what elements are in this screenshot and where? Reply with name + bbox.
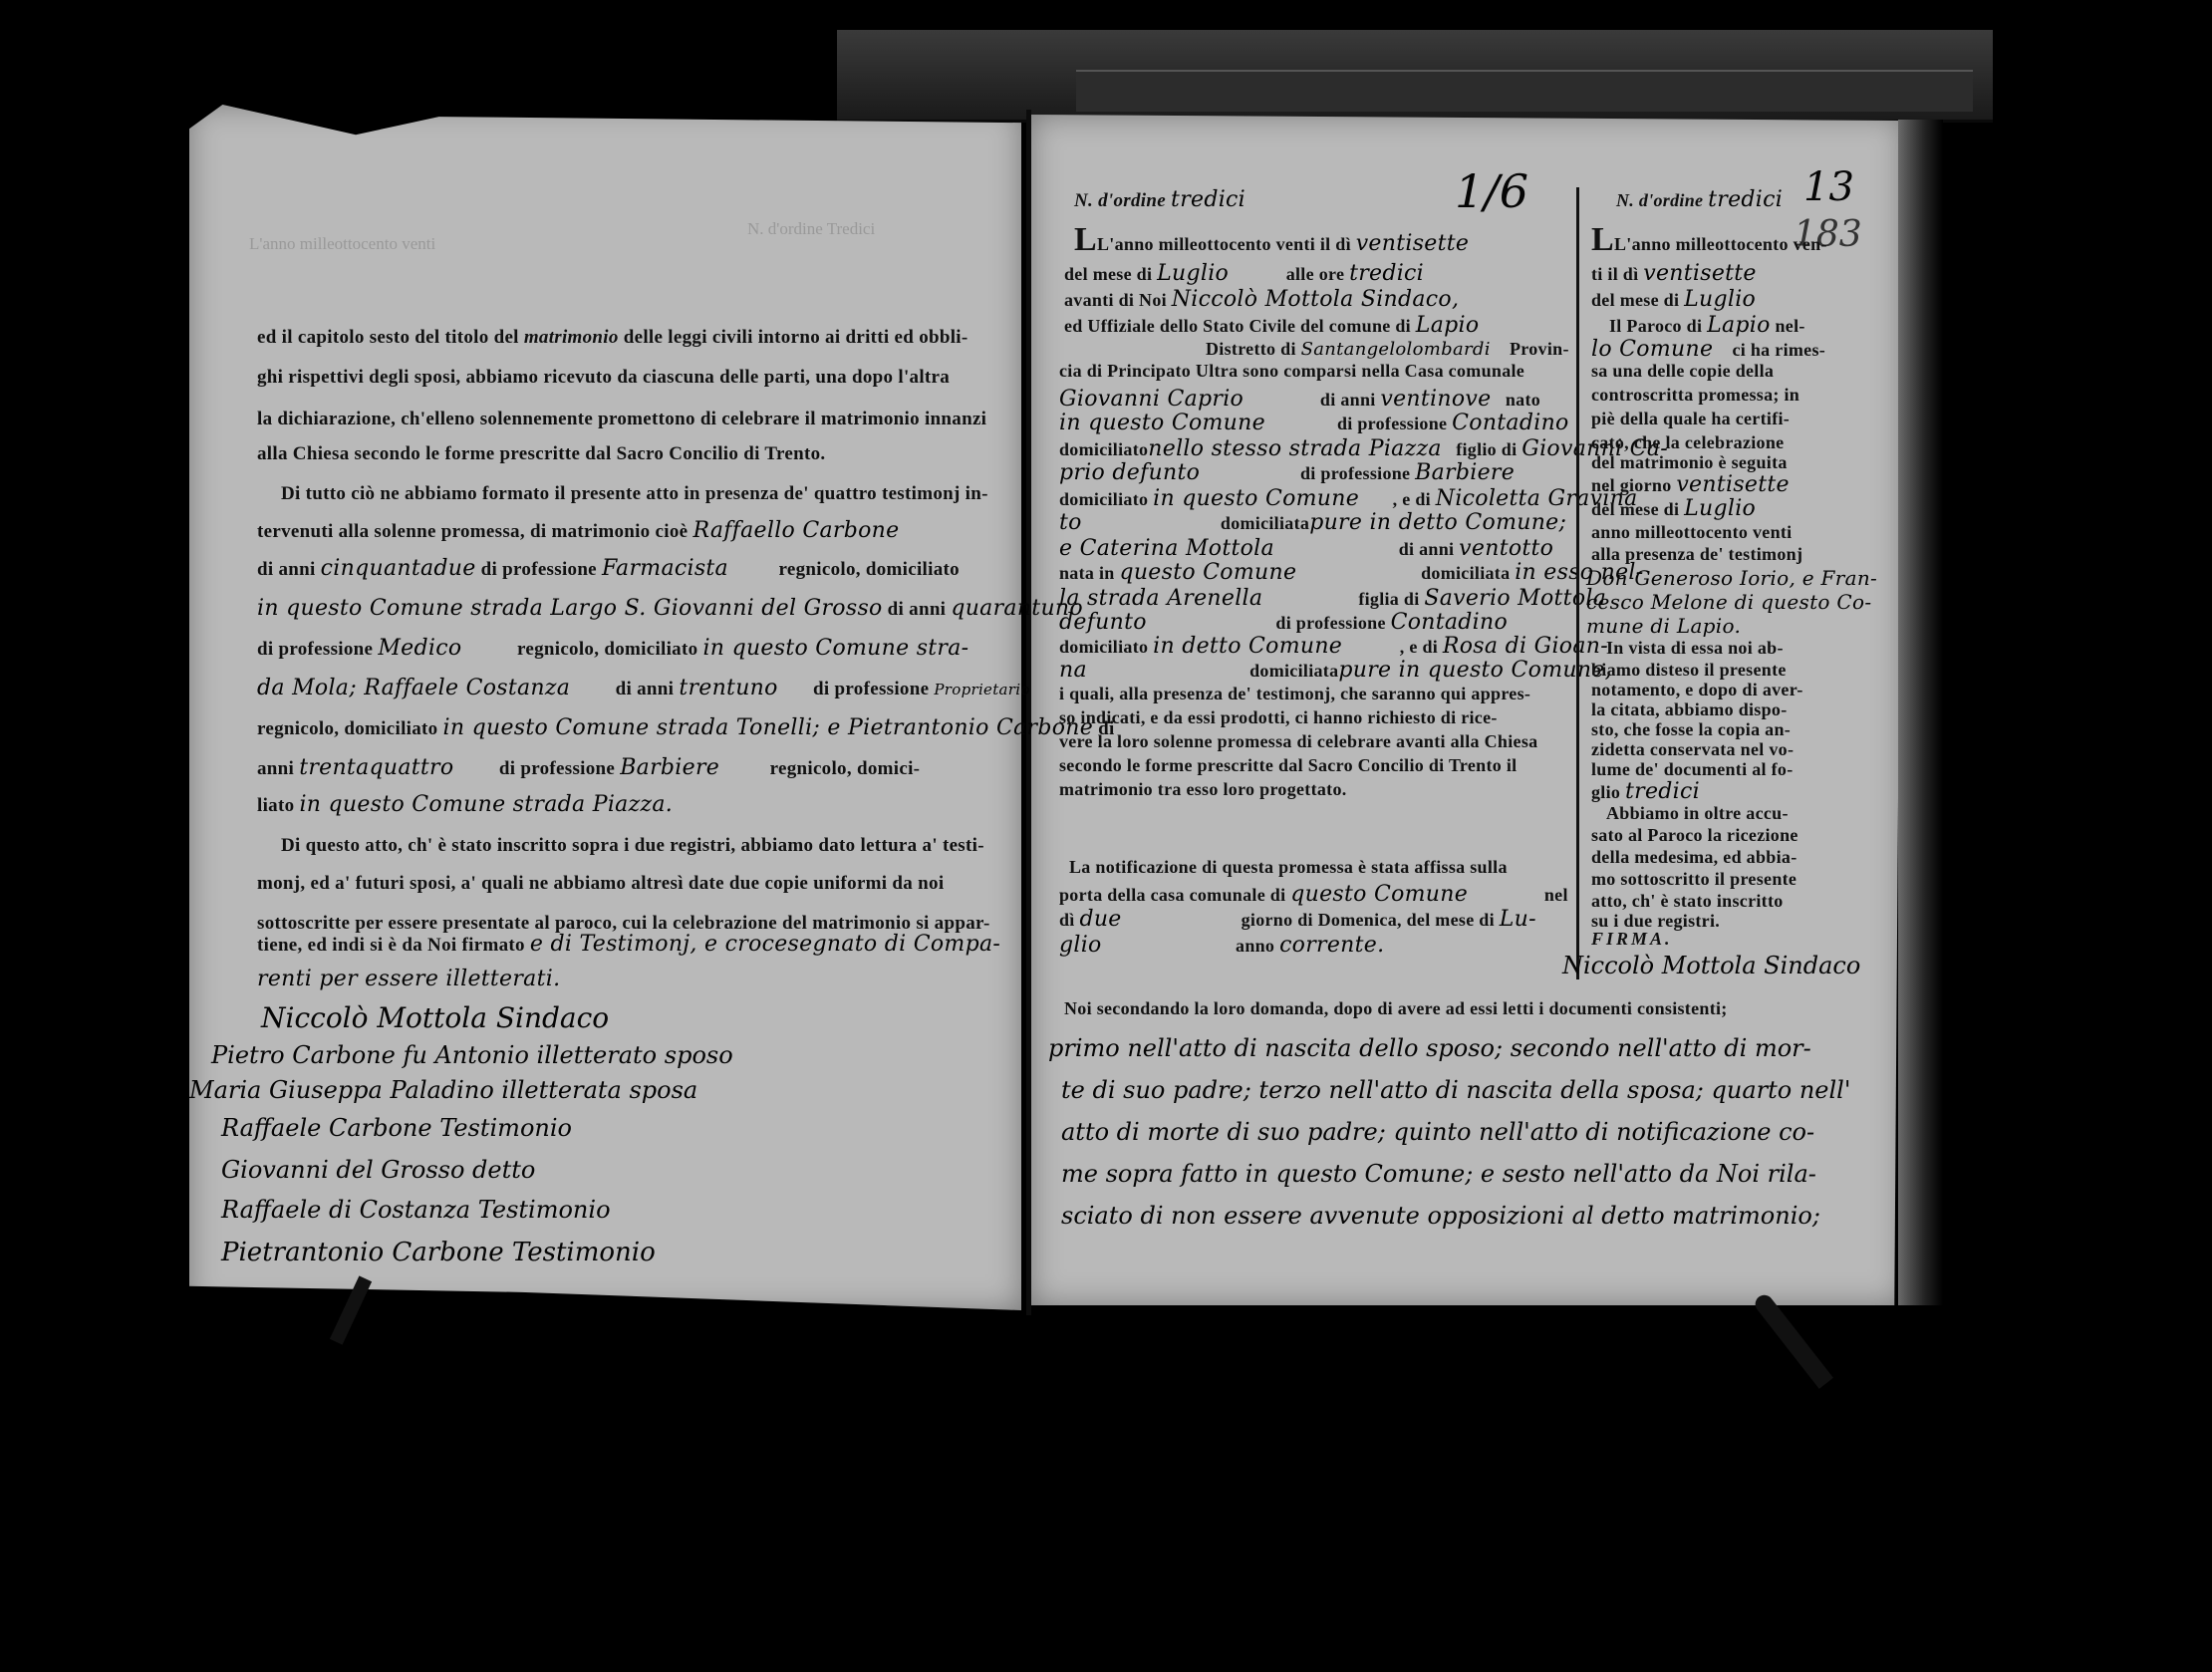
margin-line: lume de' documenti al fo-	[1591, 759, 1794, 780]
text-line: nata in questo Comune domiciliata in ess…	[1059, 560, 1644, 585]
notification-line: porta della casa comunale di questo Comu…	[1059, 882, 1568, 907]
margin-line: biamo disteso il presente	[1591, 660, 1787, 681]
text-line: matrimonio tra esso loro progettato.	[1059, 779, 1347, 800]
margin-line: In vista di essa noi ab-	[1606, 638, 1784, 659]
signature-sposo: Pietro Carbone fu Antonio illetterato sp…	[211, 1041, 733, 1069]
margin-line: controscritta promessa; in	[1591, 385, 1799, 406]
margin-line: sto, che fosse la copia an-	[1591, 719, 1791, 740]
text-line: e Caterina Mottola di anni ventotto	[1059, 536, 1553, 561]
handwritten-line: me sopra fatto in questo Comune; e sesto…	[1061, 1160, 1816, 1188]
text-line: la dichiarazione, ch'elleno solennemente…	[257, 409, 986, 430]
text-line: domiciliato in questo Comune , e di Nico…	[1059, 486, 1638, 511]
text-line: so indicati, e da essi prodotti, ci hann…	[1059, 707, 1498, 728]
text-line: i quali, alla presenza de' testimonj, ch…	[1059, 684, 1530, 704]
notification-line: glio anno corrente.	[1059, 933, 1384, 958]
margin-line: glio tredici	[1591, 779, 1700, 804]
text-line: tiene, ed indi si è da Noi firmato e di …	[257, 932, 1000, 957]
margin-line: zidetta conservata nel vo-	[1591, 739, 1794, 760]
handwritten-line: atto di morte di suo padre; quinto nell'…	[1061, 1118, 1814, 1146]
text-line: Giovanni Caprio di anni ventinove nato	[1059, 387, 1540, 412]
page-clip	[1752, 1291, 1833, 1389]
text-line: avanti di Noi Niccolò Mottola Sindaco,	[1064, 287, 1459, 312]
book-spine	[1026, 110, 1031, 1315]
bottom-printed-line: Noi secondando la loro domanda, dopo di …	[1064, 998, 1728, 1019]
text-line: LL'anno milleottocento venti il dì venti…	[1074, 221, 1469, 259]
margin-line: del mese di Luglio	[1591, 287, 1756, 312]
text-line: la strada Arenella figlia di Saverio Mot…	[1059, 586, 1606, 611]
text-line: regnicolo, domiciliato in questo Comune …	[257, 715, 1115, 740]
column-divider	[1576, 187, 1579, 979]
margin-line: Il Paroco di Lapio nel-	[1609, 313, 1805, 338]
signature-sindaco: Niccolò Mottola Sindaco	[261, 1001, 609, 1034]
text-line: ed Uffiziale dello Stato Civile del comu…	[1064, 313, 1479, 338]
signature-witness-4: Pietrantonio Carbone Testimonio	[221, 1238, 656, 1267]
margin-line: sa una delle copie della	[1591, 361, 1774, 382]
text-line: monj, ed a' futuri sposi, a' quali ne ab…	[257, 873, 944, 895]
text-line: domiciliato in detto Comune , e di Rosa …	[1059, 634, 1608, 659]
margin-line: piè della quale ha certifi-	[1591, 409, 1790, 429]
margin-line: Abbiamo in oltre accu-	[1606, 803, 1789, 824]
firma-label: FIRMA.	[1591, 929, 1673, 950]
text-line: Distretto di Santangelolombardi Provin-	[1206, 339, 1569, 360]
signature-witness-3: Raffaele di Costanza Testimonio	[221, 1196, 611, 1224]
text-line: prio defunto di professione Barbiere	[1059, 460, 1515, 485]
text-line: renti per essere illetterati.	[257, 967, 560, 991]
margin-line: la citata, abbiamo dispo-	[1591, 699, 1788, 720]
handwritten-line: primo nell'atto di nascita dello sposo; …	[1048, 1034, 1811, 1062]
text-line: ghi rispettivi degli sposi, abbiamo rice…	[257, 367, 950, 389]
margin-line: del matrimonio è seguita	[1591, 452, 1788, 473]
signature-witness-1: Raffaele Carbone Testimonio	[221, 1114, 572, 1142]
text-line: anni trentaquattro di professione Barbie…	[257, 755, 920, 780]
text-line: secondo le forme prescritte dal Sacro Co…	[1059, 755, 1517, 776]
margin-line: nel giorno ventisette	[1591, 472, 1790, 497]
bleed-through-text: N. d'ordine Tredici	[747, 219, 875, 239]
notification-line: dì due giorno di Domenica, del mese di L…	[1059, 907, 1536, 932]
margin-order-heading: N. d'ordine tredici	[1616, 187, 1783, 212]
order-number-heading: N. d'ordine tredici	[1074, 187, 1245, 212]
margin-line: lo Comune ci ha rimes-	[1591, 337, 1825, 362]
text-line: di anni cinquantadue di professione Farm…	[257, 556, 960, 581]
margin-line: cesco Melone di questo Co-	[1586, 590, 1871, 614]
text-line: vere la loro solenne promessa di celebra…	[1059, 731, 1537, 752]
text-line: in questo Comune di professione Contadin…	[1059, 411, 1569, 435]
text-line: liato in questo Comune strada Piazza.	[257, 792, 673, 817]
text-line: da Mola; Raffaele Costanza di anni trent…	[257, 676, 1030, 700]
margin-line: sato al Paroco la ricezione	[1591, 825, 1798, 846]
margin-line: mo sottoscritto il presente	[1591, 869, 1797, 890]
margin-line: della medesima, ed abbia-	[1591, 847, 1797, 868]
handwritten-line: sciato di non essere avvenute opposizion…	[1061, 1202, 1820, 1230]
margin-line: del mese di Luglio	[1591, 496, 1756, 521]
margin-line: ti il dì ventisette	[1591, 261, 1757, 286]
margin-line: anno milleottocento venti	[1591, 522, 1792, 543]
margin-line: notamento, e dopo di aver-	[1591, 680, 1803, 700]
notification-line: La notificazione di questa promessa è st…	[1069, 857, 1508, 878]
text-line: di professione Medico regnicolo, domicil…	[257, 636, 968, 661]
marginal-mark: 1/6	[1455, 164, 1528, 218]
text-line: defunto di professione Contadino	[1059, 610, 1508, 635]
margin-line: mune di Lapio.	[1586, 614, 1741, 638]
book-top-edge-inner	[1076, 70, 1973, 112]
signature-sposa: Maria Giuseppa Paladino illetterata spos…	[189, 1076, 697, 1104]
margin-signature-sindaco: Niccolò Mottola Sindaco	[1562, 952, 1860, 979]
margin-line: Don Generoso Iorio, e Fran-	[1586, 566, 1877, 590]
book-fore-edge	[1898, 120, 1943, 1305]
margin-line: cato, che la celebrazione	[1591, 432, 1784, 453]
text-line: alla Chiesa secondo le forme prescritte …	[257, 443, 825, 465]
signature-witness-2: Giovanni del Grosso detto	[221, 1156, 535, 1184]
folio-number: 13	[1803, 164, 1854, 210]
margin-line: alla presenza de' testimonj	[1591, 544, 1802, 565]
bleed-through-text: L'anno milleottocento venti	[249, 234, 435, 254]
margin-line: LL'anno milleottocento ven-	[1591, 221, 1827, 259]
text-line: in questo Comune strada Largo S. Giovann…	[257, 596, 1083, 621]
text-line: tervenuti alla solenne promessa, di matr…	[257, 518, 899, 543]
text-line: to domiciliatapure in detto Comune;	[1059, 510, 1566, 535]
text-line: na domiciliatapure in questo Comune,	[1059, 658, 1612, 683]
text-line: del mese di Luglio alle ore tredici	[1064, 261, 1424, 286]
text-line: ed il capitolo sesto del titolo del matr…	[257, 327, 968, 349]
handwritten-line: te di suo padre; terzo nell'atto di nasc…	[1061, 1076, 1850, 1104]
text-line: cia di Principato Ultra sono comparsi ne…	[1059, 361, 1524, 382]
text-line: Di questo atto, ch' è stato inscritto so…	[281, 835, 984, 857]
text-line: Di tutto ciò ne abbiamo formato il prese…	[281, 483, 988, 505]
margin-line: atto, ch' è stato inscritto	[1591, 891, 1784, 912]
